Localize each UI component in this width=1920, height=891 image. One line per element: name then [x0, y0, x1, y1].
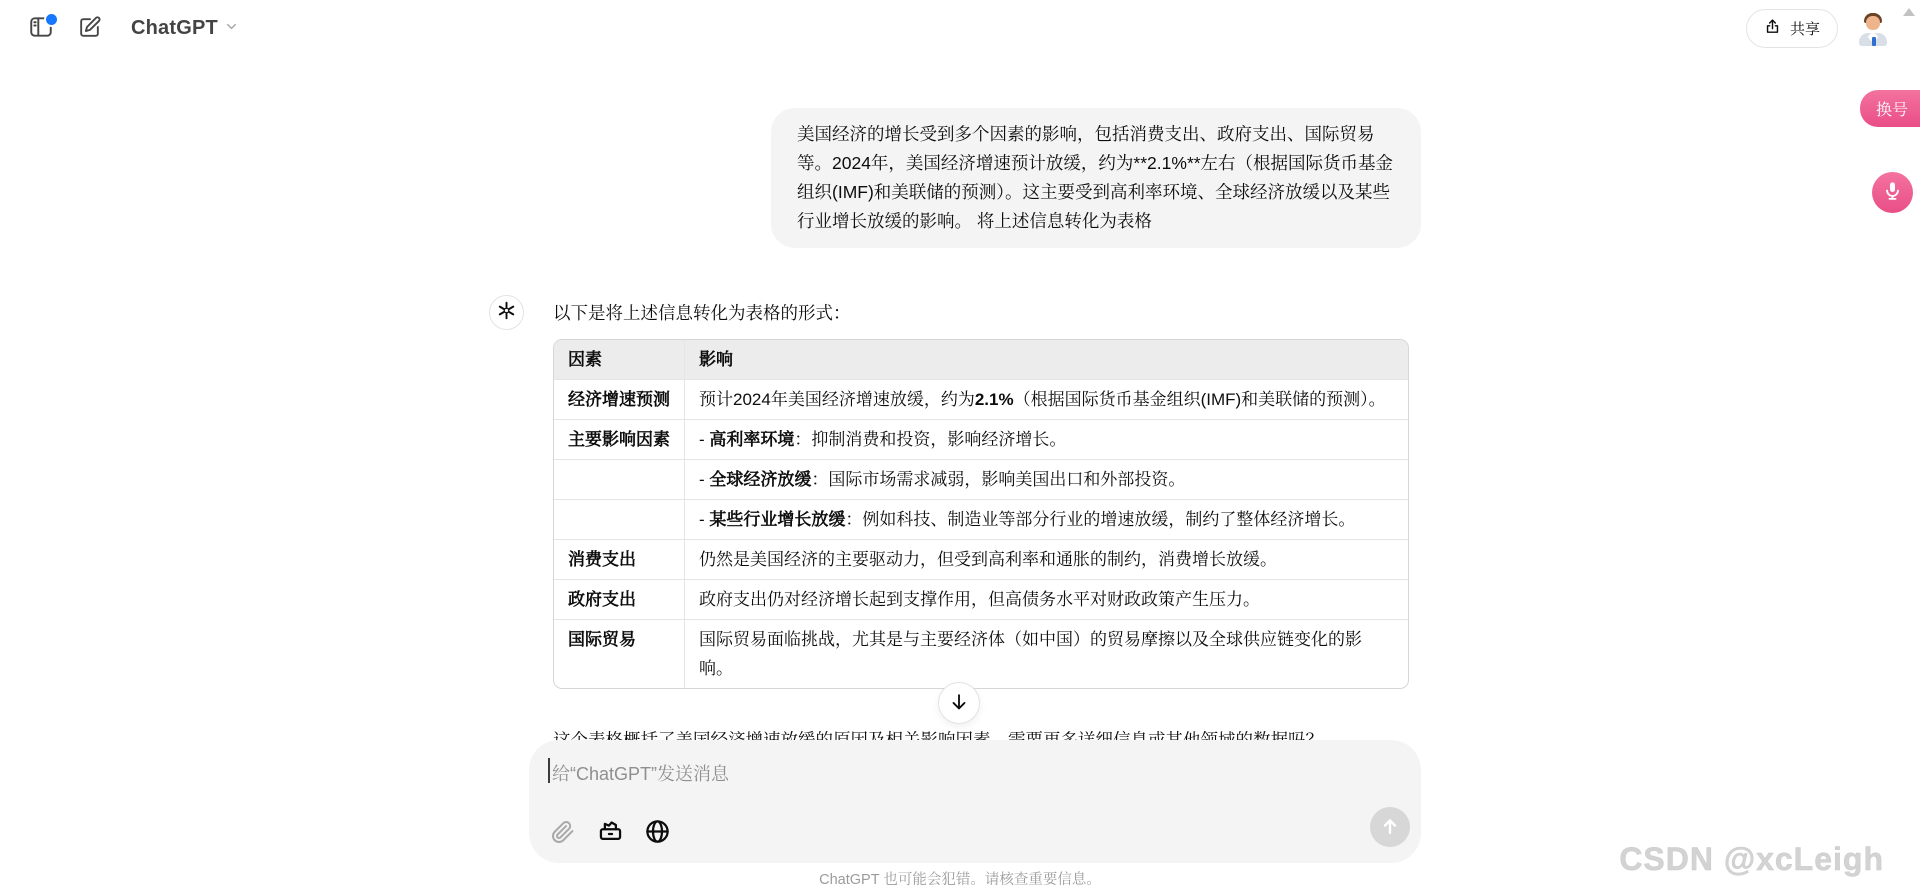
- table-row: - 某些行业增长放缓：例如科技、制造业等部分行业的增速放缓，制约了整体经济增长。: [554, 499, 1408, 539]
- share-upload-icon: [1764, 18, 1781, 39]
- table-header-impact: 影响: [685, 340, 1408, 379]
- voice-button[interactable]: [1872, 172, 1913, 213]
- header-left: ChatGPT: [27, 15, 239, 43]
- chatgpt-app: ChatGPT 共享: [0, 0, 1920, 891]
- openai-logo-icon: [496, 300, 517, 326]
- table-header-row: 因素 影响: [554, 340, 1408, 379]
- toolbox-button[interactable]: [595, 818, 625, 848]
- web-search-button[interactable]: [642, 818, 672, 848]
- impact-table-body: 经济增速预测预计2024年美国经济增速放缓，约为2.1%（根据国际货币基金组织(…: [554, 379, 1408, 688]
- microphone-icon: [1881, 180, 1904, 206]
- message-input[interactable]: 给“ChatGPT”发送消息: [552, 760, 952, 786]
- table-row: 国际贸易国际贸易面临挑战，尤其是与主要经济体（如中国）的贸易摩擦以及全球供应链变…: [554, 619, 1408, 688]
- table-row: 主要影响因素- 高利率环境：抑制消费和投资，影响经济增长。: [554, 419, 1408, 459]
- factor-cell: 政府支出: [554, 580, 685, 619]
- globe-icon: [644, 818, 671, 848]
- sidebar-toggle-button[interactable]: [27, 15, 55, 43]
- scroll-to-bottom-button[interactable]: [938, 682, 980, 724]
- user-avatar[interactable]: [1856, 12, 1890, 46]
- impact-cell: - 某些行业增长放缓：例如科技、制造业等部分行业的增速放缓，制约了整体经济增长。: [685, 500, 1408, 539]
- table-row: - 全球经济放缓：国际市场需求减弱，影响美国出口和外部投资。: [554, 459, 1408, 499]
- arrow-up-icon: [1379, 815, 1401, 840]
- impact-cell: 国际贸易面临挑战，尤其是与主要经济体（如中国）的贸易摩擦以及全球供应链变化的影响…: [685, 620, 1408, 688]
- top-bar: ChatGPT 共享: [0, 0, 1920, 57]
- impact-cell: - 高利率环境：抑制消费和投资，影响经济增长。: [685, 420, 1408, 459]
- impact-cell: 预计2024年美国经济增速放缓，约为2.1%（根据国际货币基金组织(IMF)和美…: [685, 380, 1408, 419]
- factor-cell: [554, 460, 685, 499]
- share-label: 共享: [1790, 18, 1820, 39]
- change-account-button[interactable]: 换号: [1860, 90, 1920, 127]
- table-row: 消费支出仍然是美国经济的主要驱动力，但受到高利率和通胀的制约，消费增长放缓。: [554, 539, 1408, 579]
- table-header-factor: 因素: [554, 340, 685, 379]
- factor-cell: 消费支出: [554, 540, 685, 579]
- impact-table: 因素 影响 经济增速预测预计2024年美国经济增速放缓，约为2.1%（根据国际货…: [553, 339, 1409, 689]
- chevron-down-icon: [224, 19, 239, 39]
- attach-file-button[interactable]: [548, 818, 578, 848]
- text-caret: [548, 758, 550, 783]
- compose-icon: [77, 15, 102, 43]
- assistant-avatar: [489, 295, 524, 330]
- share-button[interactable]: 共享: [1746, 9, 1838, 48]
- model-switcher[interactable]: ChatGPT: [131, 17, 239, 40]
- watermark-text: CSDN @xcLeigh: [1619, 841, 1884, 878]
- composer-toolbar: [548, 818, 672, 848]
- table-row: 经济增速预测预计2024年美国经济增速放缓，约为2.1%（根据国际货币基金组织(…: [554, 379, 1408, 419]
- factor-cell: 国际贸易: [554, 620, 685, 688]
- impact-cell: 政府支出仍对经济增长起到支撑作用，但高债务水平对财政政策产生压力。: [685, 580, 1408, 619]
- paperclip-icon: [551, 820, 575, 847]
- user-message-bubble: 美国经济的增长受到多个因素的影响，包括消费支出、政府支出、国际贸易等。2024年…: [771, 108, 1421, 248]
- scrollbar-up-arrow[interactable]: [1903, 8, 1915, 16]
- factor-cell: 经济增速预测: [554, 380, 685, 419]
- table-row: 政府支出政府支出仍对经济增长起到支撑作用，但高债务水平对财政政策产生压力。: [554, 579, 1408, 619]
- avatar-tie: [1872, 37, 1876, 46]
- toolbox-icon: [597, 818, 624, 848]
- impact-cell: - 全球经济放缓：国际市场需求减弱，影响美国出口和外部投资。: [685, 460, 1408, 499]
- send-button[interactable]: [1370, 807, 1410, 847]
- factor-cell: [554, 500, 685, 539]
- app-title: ChatGPT: [131, 17, 218, 40]
- header-right: 共享: [1746, 9, 1890, 48]
- assistant-intro-text: 以下是将上述信息转化为表格的形式：: [553, 301, 851, 325]
- impact-cell: 仍然是美国经济的主要驱动力，但受到高利率和通胀的制约，消费增长放缓。: [685, 540, 1408, 579]
- arrow-down-icon: [948, 691, 970, 716]
- composer: 给“ChatGPT”发送消息: [529, 740, 1421, 863]
- factor-cell: 主要影响因素: [554, 420, 685, 459]
- avatar-face: [1866, 16, 1880, 30]
- notification-dot: [44, 12, 59, 27]
- new-chat-button[interactable]: [75, 15, 103, 43]
